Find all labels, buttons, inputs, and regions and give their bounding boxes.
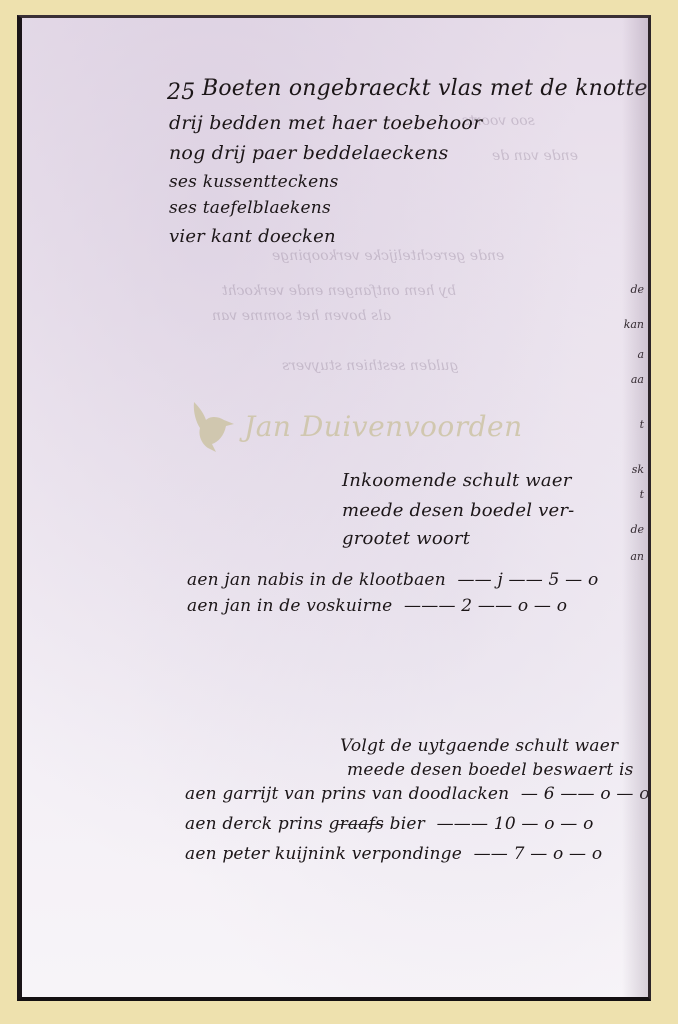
bleed-through-text: ende van de	[492, 148, 578, 164]
incoming-entry: aen jan nabis in de klootbaen —— j —— 5 …	[187, 570, 598, 590]
margin-note: kan	[624, 318, 644, 331]
margin-note: t	[640, 488, 644, 501]
entry-text: aen jan nabis in de klootbaen	[187, 570, 446, 590]
incoming-entry: aen jan in de voskuirne ——— 2 —— o — o	[187, 596, 567, 616]
entry-amount: ——— 10 — o — o	[437, 814, 594, 834]
item-number: 25	[167, 80, 195, 105]
margin-note: a	[637, 348, 644, 361]
watermark-text: Jan Duivenvoorden	[244, 410, 523, 443]
entry-amount: ——— 2 —— o — o	[404, 596, 567, 616]
entry-text: aen derck prins gr̶a̶a̶f̶s̶ bier	[185, 814, 425, 834]
outgoing-entry: aen derck prins gr̶a̶a̶f̶s̶ bier ——— 10 …	[185, 814, 594, 834]
entry-text: aen jan in de voskuirne	[187, 596, 392, 616]
margin-note: de	[630, 523, 644, 536]
margin-note: de	[630, 283, 644, 296]
margin-note: an	[630, 550, 644, 563]
entry-amount: — 6 —— o — o	[521, 784, 650, 804]
outgoing-entry: aen peter kuijnink verpondinge —— 7 — o …	[185, 844, 602, 864]
margin-note: sk	[632, 463, 644, 476]
bleed-through-text: ende gerechtelijcke verkoopinge	[272, 248, 504, 264]
watermark: Jan Duivenvoorden	[190, 398, 523, 454]
incoming-heading: grootet woort	[342, 528, 470, 549]
margin-note: t	[640, 418, 644, 431]
manuscript-page: ende gerechtelijcke verkoopinge by hem o…	[17, 15, 651, 1001]
incoming-heading: meede desen boedel ver-	[342, 500, 574, 521]
bleed-through-text: gulden sesthien stuyvers	[282, 358, 459, 374]
incoming-heading: Inkoomende schult waer	[342, 470, 572, 491]
goods-line: Boeten ongebraeckt vlas met de knotten	[202, 76, 651, 101]
entry-text: aen garrijt van prins van doodlacken	[185, 784, 509, 804]
outgoing-heading: meede desen boedel beswaert is	[347, 760, 634, 780]
goods-line: ses taefelblaekens	[169, 198, 331, 218]
entry-text: aen peter kuijnink verpondinge	[185, 844, 462, 864]
bleed-through-text: by hem ontfangen ende verkocht	[222, 283, 456, 299]
goods-line: ses kussentteckens	[169, 172, 339, 192]
outgoing-heading: Volgt de uytgaende schult waer	[340, 736, 618, 756]
goods-line: vier kant doecken	[169, 226, 336, 247]
entry-amount: —— 7 — o — o	[474, 844, 603, 864]
goods-line: nog drij paer beddelaeckens	[169, 142, 448, 164]
dove-icon	[190, 398, 236, 454]
margin-note: aa	[631, 373, 644, 386]
goods-line: drij bedden met haer toebehoor	[169, 112, 482, 134]
bleed-through-text: als boven het somme van	[212, 308, 391, 324]
entry-amount: —— j —— 5 — o	[457, 570, 598, 590]
outgoing-entry: aen garrijt van prins van doodlacken — 6…	[185, 784, 650, 804]
